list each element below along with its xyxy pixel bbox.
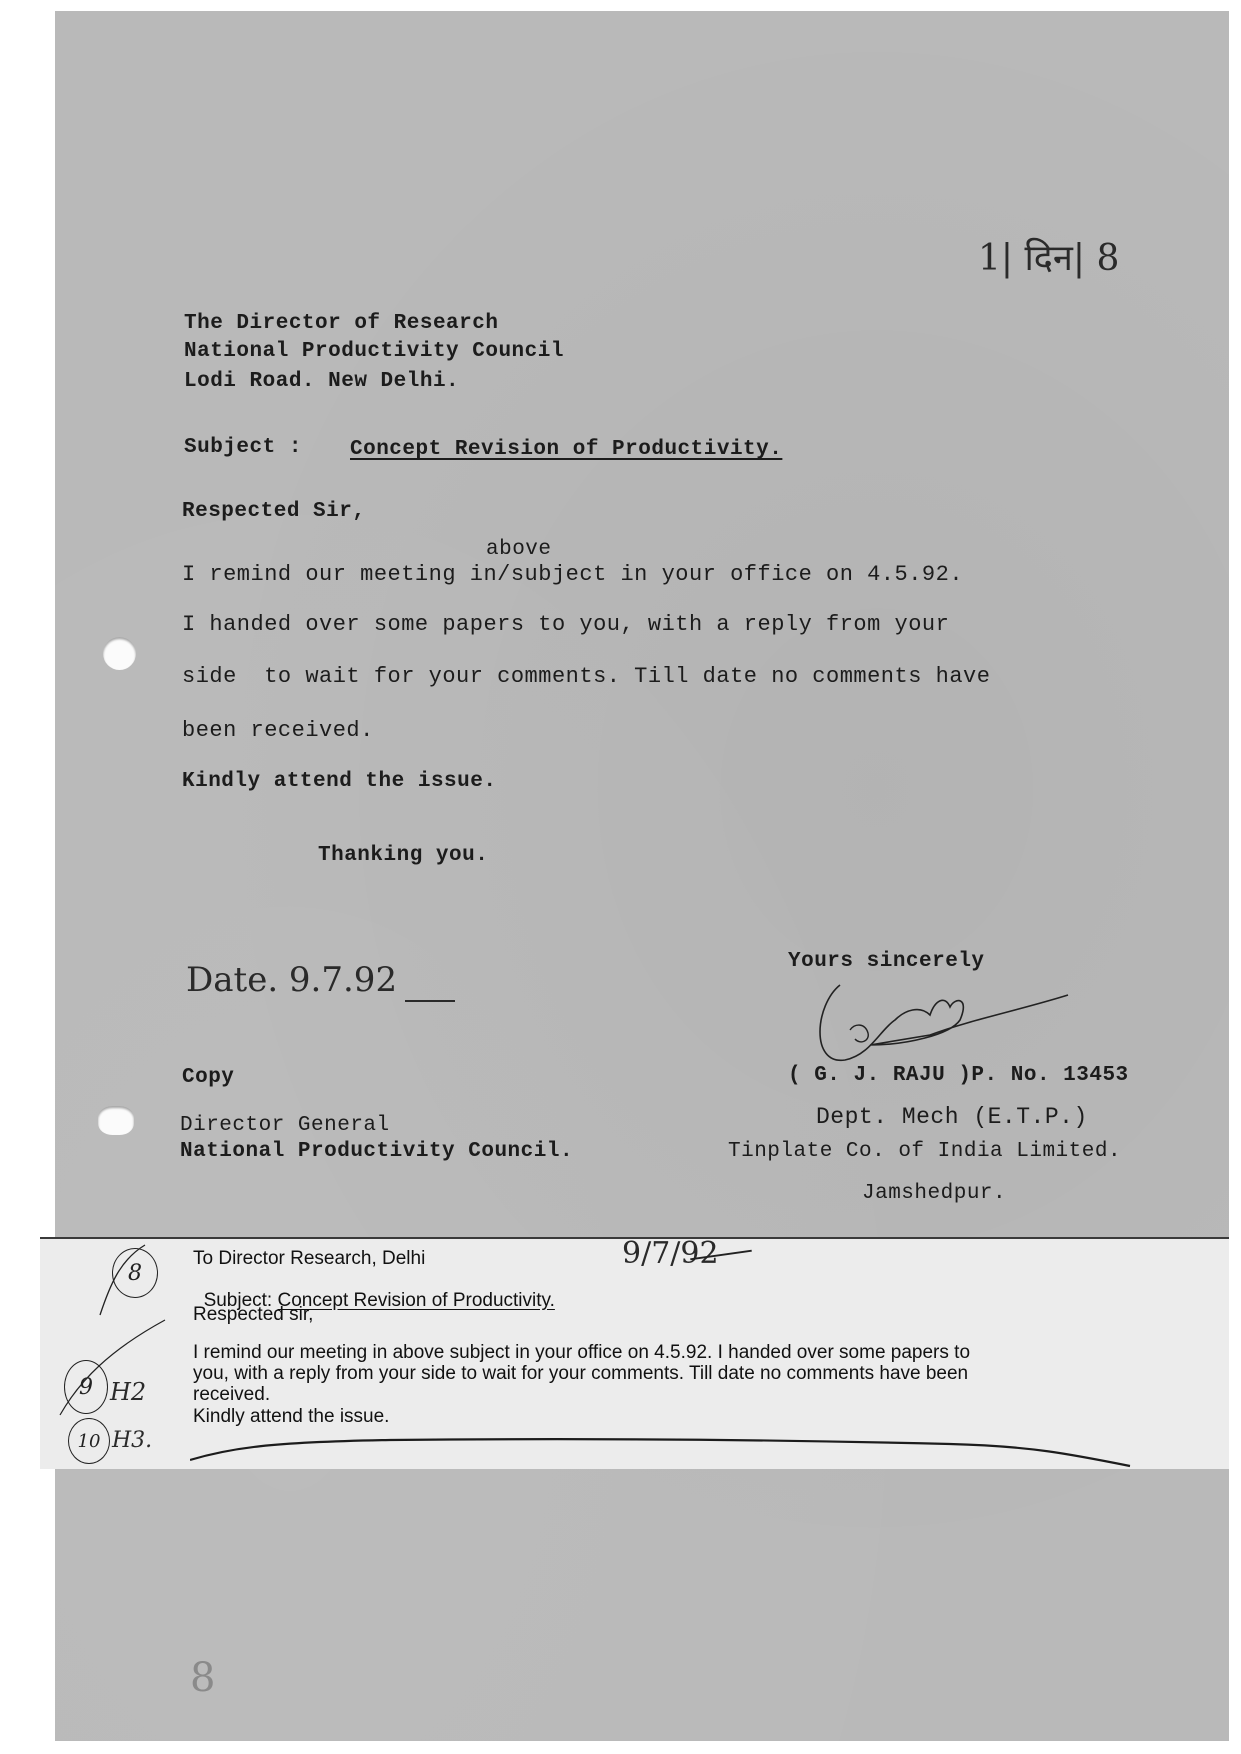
folio-strike-8: [95, 1240, 155, 1320]
body-line-4: been received.: [182, 718, 374, 743]
subject-label: Subject :: [184, 436, 302, 459]
signature-scribble: [810, 975, 1070, 1075]
folio-strike-9: [50, 1310, 170, 1420]
signatory-dept: Dept. Mech (E.T.P.): [816, 1104, 1088, 1130]
valediction: Yours sincerely: [788, 950, 985, 973]
punch-hole-upper: [103, 637, 136, 670]
slip-subject-text: Concept Revision of Productivity.: [278, 1290, 555, 1311]
slip-to-line: To Director Research, Delhi: [193, 1248, 425, 1269]
slip-handdrawn-line: [190, 1430, 1150, 1470]
date-underline: [405, 1000, 455, 1002]
handwritten-date: Date. 9.7.92: [186, 960, 397, 1000]
punch-hole-lower: [98, 1106, 134, 1135]
closing-thanks: Thanking you.: [318, 844, 488, 867]
slip-salutation: Respected sir,: [193, 1304, 313, 1325]
salutation: Respected Sir,: [182, 500, 365, 523]
recipient-line-1: The Director of Research: [184, 312, 498, 335]
folio-note-h3: H3.: [112, 1428, 152, 1453]
slip-body-line-1: I remind our meeting in above subject in…: [193, 1342, 970, 1363]
signatory-company: Tinplate Co. of India Limited.: [728, 1140, 1121, 1163]
folio-circle-10: 10: [68, 1418, 110, 1464]
footer-pencil-mark: 8: [190, 1655, 215, 1701]
subject-text: Concept Revision of Productivity.: [350, 438, 782, 461]
slip-body-line-4: Kindly attend the issue.: [193, 1406, 389, 1427]
body-line-2: I handed over some papers to you, with a…: [182, 612, 949, 637]
signatory-name-line: ( G. J. RAJU )P. No. 13453: [788, 1064, 1129, 1087]
slip-body-line-3: received.: [193, 1384, 270, 1405]
slip-handwritten-date: 9/7/92: [622, 1236, 719, 1271]
copy-line-2: National Productivity Council.: [180, 1140, 573, 1163]
body-line-1: I remind our meeting in/subject in your …: [182, 562, 963, 587]
signatory-city: Jamshedpur.: [862, 1182, 1006, 1205]
slip-body-line-2: you, with a reply from your side to wait…: [193, 1363, 968, 1384]
body-insert-above: above: [486, 538, 552, 561]
recipient-line-3: Lodi Road. New Delhi.: [184, 370, 459, 393]
copy-line-1: Director General: [180, 1114, 390, 1137]
body-line-3: side to wait for your comments. Till dat…: [182, 664, 990, 689]
page-annotation: 1| दिन| 8: [978, 232, 1119, 281]
copy-label: Copy: [182, 1066, 234, 1089]
body-line-5: Kindly attend the issue.: [182, 770, 496, 793]
recipient-line-2: National Productivity Council: [184, 340, 564, 363]
